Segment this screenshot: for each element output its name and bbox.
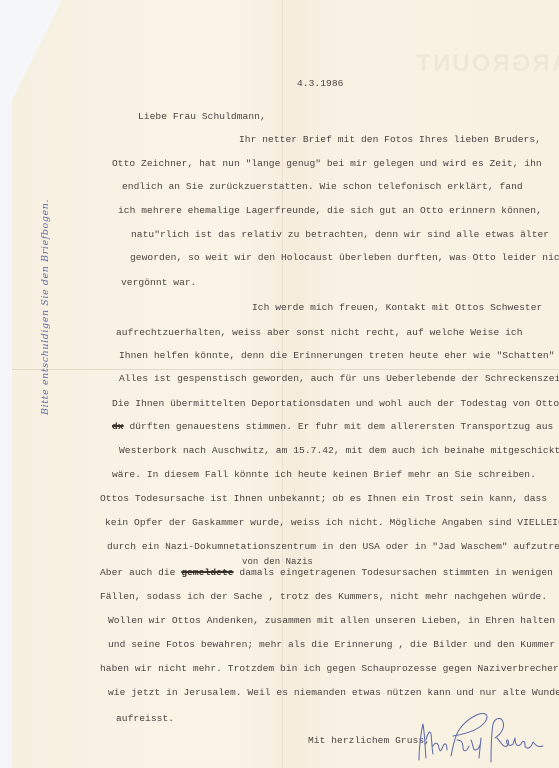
- body-line: Ihnen helfen könnte, denn die Erinnerung…: [119, 350, 559, 361]
- letter-salutation: Liebe Frau Schuldmann,: [138, 111, 266, 122]
- handwritten-margin-note: Bitte entschuldigen Sie den Briefbogen.: [40, 125, 54, 415]
- handwritten-signature: Manfred Rosenbaum: [405, 710, 545, 766]
- body-line: Ich werde mich freuen, Kontakt mit Ottos…: [252, 302, 542, 313]
- body-line: ich mehrere ehemalige Lagerfreunde, die …: [118, 205, 542, 216]
- body-line: Fällen, sodass ich der Sache , trotz des…: [100, 591, 547, 602]
- body-line: kein Opfer der Gaskammer wurde, weiss ic…: [105, 517, 559, 528]
- letterhead-bleedthrough: ARGROUNT: [379, 50, 559, 110]
- body-line: natu"rlich ist das relativ zu betrachten…: [131, 229, 549, 240]
- letter-paper: ARGROUNT 4.3.1986 Liebe Frau Schuldmann,…: [12, 0, 559, 768]
- body-line: Ihr netter Brief mit den Fotos Ihres lie…: [239, 134, 541, 145]
- line-text: dürften genauestens stimmen. Er fuhr mit…: [129, 421, 553, 432]
- body-line: durch ein Nazi-Dokumnetationszentrum in …: [107, 541, 559, 552]
- interlinear-insertion: von den Nazis: [242, 557, 313, 567]
- body-line: haben wir nicht mehr. Trotzdem bin ich g…: [100, 663, 559, 674]
- scanned-letter-page: ARGROUNT 4.3.1986 Liebe Frau Schuldmann,…: [0, 0, 559, 768]
- body-line: wäre. In diesem Fall könnte ich heute ke…: [112, 469, 536, 480]
- body-line: Wollen wir Ottos Andenken, zusammen mit …: [108, 615, 555, 626]
- line-text: damals eingetragenen Todesursachen stimm…: [239, 567, 553, 578]
- body-line-struck: Aber auch die gemeldete damals eingetrag…: [100, 567, 553, 578]
- body-line: endlich an Sie zurückzuerstatten. Wie sc…: [122, 181, 523, 192]
- body-line: aufrechtzuerhalten, weiss aber sonst nic…: [116, 327, 523, 338]
- body-line: vergönnt war.: [121, 277, 197, 288]
- body-line: aufreisst.: [116, 713, 174, 724]
- paper-fold-horizontal: [12, 369, 559, 370]
- body-line: und seine Fotos bewahren; mehr als die E…: [108, 639, 555, 650]
- body-line: Otto Zeichner, hat nun "lange genug" bei…: [112, 158, 542, 169]
- struck-text: dx: [112, 421, 124, 432]
- body-line: Die Ihnen übermittelten Deportationsdate…: [112, 398, 559, 409]
- body-line: Alles ist gespenstisch geworden, auch fü…: [119, 373, 559, 384]
- body-line: Westerbork nach Auschwitz, am 15.7.42, m…: [119, 445, 559, 456]
- letter-date: 4.3.1986: [297, 78, 343, 89]
- body-line: geworden, so weit wir den Holocaust über…: [130, 252, 559, 263]
- paper-fold-vertical: [282, 0, 283, 768]
- body-line-struck: dx dürften genauestens stimmen. Er fuhr …: [112, 421, 553, 432]
- signature-stroke-icon: [405, 710, 545, 766]
- body-line: Ottos Todesursache ist Ihnen unbekannt; …: [100, 493, 547, 504]
- body-line: wie jetzt in Jerusalem. Weil es niemande…: [108, 687, 559, 698]
- line-prefix: Aber auch die: [100, 567, 176, 578]
- struck-text: gemeldete: [181, 567, 233, 578]
